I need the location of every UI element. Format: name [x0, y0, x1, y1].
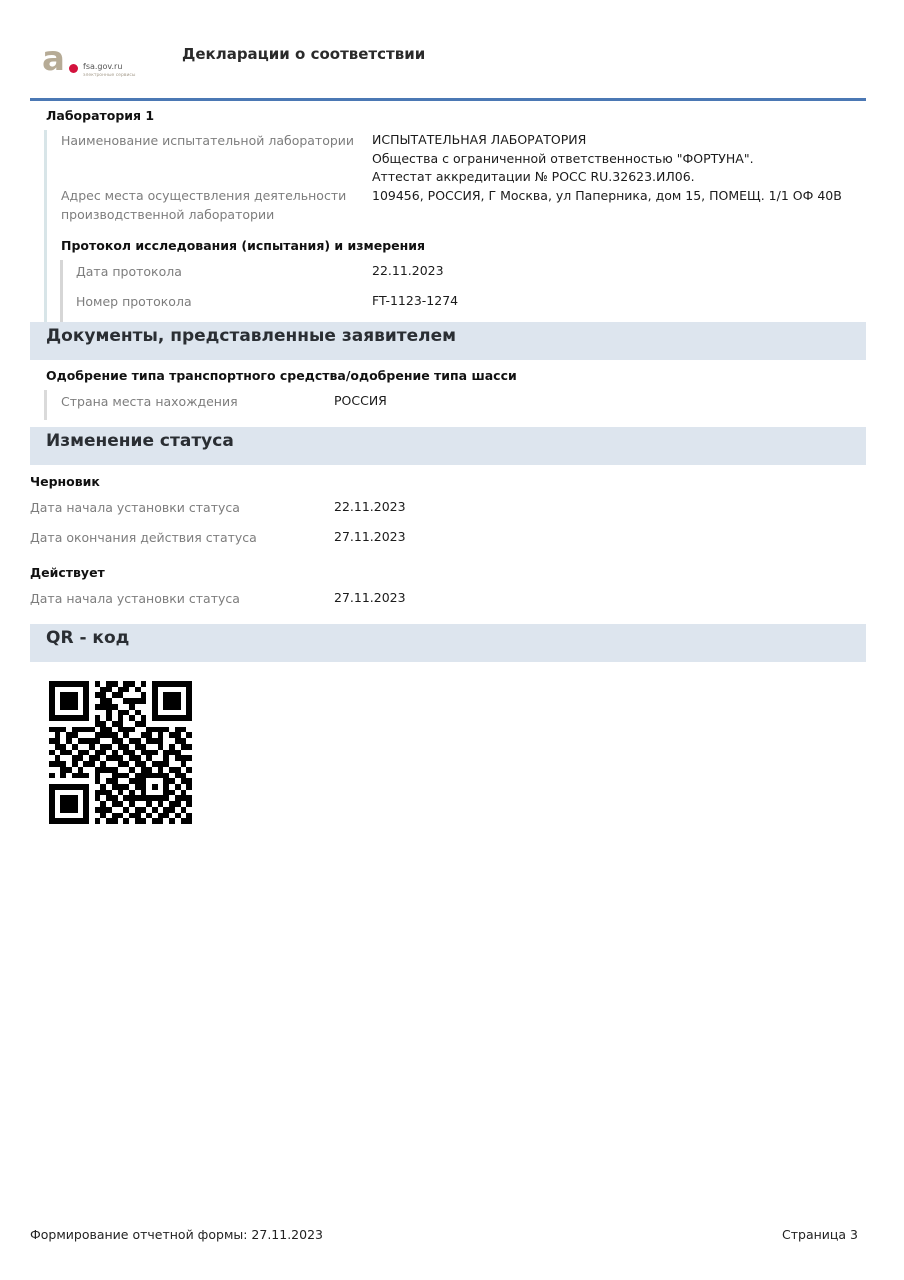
logo-dot-icon: [69, 64, 78, 73]
protocol-number-label: Номер протокола: [76, 292, 192, 311]
logo-site: fsa.gov.ru: [83, 62, 122, 71]
status-row-value: 27.11.2023: [334, 589, 406, 608]
protocol-date-label: Дата протокола: [76, 262, 182, 281]
documents-item-heading: Одобрение типа транспортного средства/од…: [46, 368, 517, 383]
country-label: Страна места нахождения: [61, 392, 238, 411]
protocol-date-value: 22.11.2023: [372, 262, 444, 281]
documents-section-title: Документы, представленные заявителем: [46, 326, 456, 346]
protocol-border: [60, 260, 63, 322]
header-divider: [30, 98, 866, 101]
qr-section-header: QR - код: [30, 624, 866, 662]
lab-name-line: ИСПЫТАТЕЛЬНАЯ ЛАБОРАТОРИЯ: [372, 131, 852, 150]
status-group-draft: Черновик: [30, 474, 100, 489]
protocol-number-value: FT-1123-1274: [372, 292, 458, 311]
qr-section-title: QR - код: [46, 628, 129, 648]
document-title: Декларации о соответствии: [182, 45, 425, 63]
lab-name-line: Общества с ограниченной ответственностью…: [372, 150, 852, 169]
qr-code-image: [49, 681, 192, 824]
logo-subtitle: электронные сервисы: [83, 73, 135, 78]
lab-name-value: ИСПЫТАТЕЛЬНАЯ ЛАБОРАТОРИЯ Общества с огр…: [372, 131, 852, 187]
fsa-logo: a fsa.gov.ru электронные сервисы: [42, 42, 152, 82]
lab-name-label: Наименование испытательной лаборатории: [61, 131, 361, 150]
status-row-value: 22.11.2023: [334, 498, 406, 517]
lab-address-label: Адрес места осуществления деятельности п…: [61, 186, 351, 224]
status-row-value: 27.11.2023: [334, 528, 406, 547]
lab-name-line: Аттестат аккредитации № РОСС RU.32623.ИЛ…: [372, 168, 852, 187]
documents-section-header: Документы, представленные заявителем: [30, 322, 866, 360]
status-row-label: Дата начала установки статуса: [30, 498, 240, 517]
documents-border: [44, 390, 47, 420]
status-row-label: Дата начала установки статуса: [30, 589, 240, 608]
laboratory-border: [44, 130, 47, 322]
lab-address-value: 109456, РОССИЯ, Г Москва, ул Паперника, …: [372, 187, 862, 206]
status-section-title: Изменение статуса: [46, 431, 234, 451]
status-group-active: Действует: [30, 565, 105, 580]
laboratory-heading: Лаборатория 1: [46, 108, 154, 123]
logo-a-icon: a: [42, 42, 65, 76]
report-generated-date: Формирование отчетной формы: 27.11.2023: [30, 1227, 323, 1242]
status-row-label: Дата окончания действия статуса: [30, 528, 257, 547]
country-value: РОССИЯ: [334, 392, 387, 411]
status-section-header: Изменение статуса: [30, 427, 866, 465]
protocol-heading: Протокол исследования (испытания) и изме…: [61, 238, 425, 253]
page-number: Страница 3: [782, 1227, 858, 1242]
